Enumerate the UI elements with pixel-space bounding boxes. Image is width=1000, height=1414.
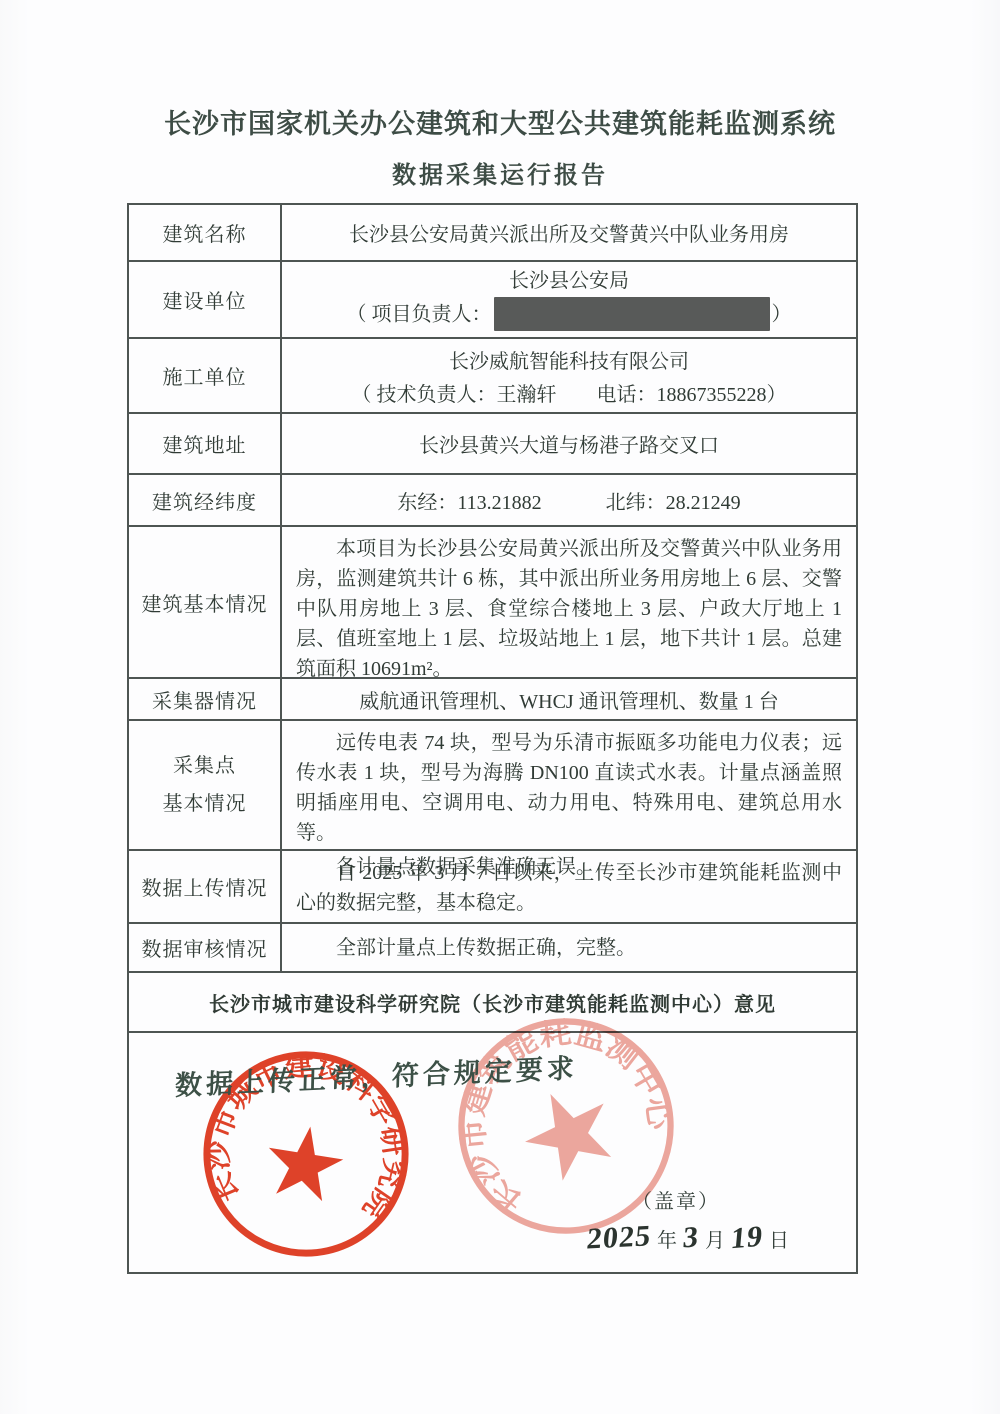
row-label-points: 采集点 基本情况	[129, 721, 282, 849]
report-table: 建筑名称 长沙县公安局黄兴派出所及交警黄兴中队业务用房 建设单位 长沙县公安局 …	[127, 203, 858, 1274]
contractor-org-value: 长沙威航智能科技有限公司	[296, 345, 842, 374]
row-label-address: 建筑地址	[129, 414, 282, 473]
building-overview-paragraph: 本项目为长沙县公安局黄兴派出所及交警黄兴中队业务用房，监测建筑共计 6 栋，其中…	[296, 534, 842, 684]
table-row-review: 数据审核情况 全部计量点上传数据正确，完整。	[129, 924, 856, 973]
date-month-handwritten: 3	[681, 1221, 700, 1256]
date-day-unit: 日	[769, 1224, 789, 1253]
collector-value: 威航通讯管理机、WHCJ 通讯管理机、数量 1 台	[296, 685, 842, 714]
row-label-review: 数据审核情况	[129, 924, 282, 971]
table-row-building-overview: 建筑基本情况 本项目为长沙县公安局黄兴派出所及交警黄兴中队业务用房，监测建筑共计…	[129, 527, 856, 679]
signature-date: 2025 年 3 月 19 日	[587, 1221, 795, 1255]
table-row-coordinates: 建筑经纬度 东经：113.21882 北纬：28.21249	[129, 475, 856, 527]
coordinates-line: 东经：113.21882 北纬：28.21249	[296, 486, 842, 515]
latitude-value: 北纬：28.21249	[606, 486, 741, 515]
upload-paragraph: 自 2025 年 3 月 7 日以来，上传至长沙市建筑能耗监测中心的数据完整，基…	[296, 858, 842, 918]
row-label-contractor: 施工单位	[129, 339, 282, 412]
longitude-value: 东经：113.21882	[397, 486, 541, 515]
page-title: 长沙市国家机关办公建筑和大型公共建筑能耗监测系统	[0, 102, 1000, 141]
row-label-collector: 采集器情况	[129, 679, 282, 719]
row-label-coordinates: 建筑经纬度	[129, 475, 282, 525]
opinion-header-row: 长沙市城市建设科学研究院（长沙市建筑能耗监测中心）意见	[129, 973, 856, 1033]
points-label-line1: 采集点	[173, 751, 236, 781]
seal-star-icon	[262, 1121, 348, 1204]
table-row-contractor: 施工单位 长沙威航智能科技有限公司 （ 技术负责人：王瀚轩 电话：1886735…	[129, 339, 856, 414]
table-row-address: 建筑地址 长沙县黄兴大道与杨港子路交叉口	[129, 414, 856, 475]
date-year-handwritten: 2025	[585, 1219, 652, 1256]
table-row-owner: 建设单位 长沙县公安局 （ 项目负责人：）	[129, 262, 856, 339]
seal-star-icon	[511, 1075, 626, 1188]
table-row-points: 采集点 基本情况 远传电表 74 块，型号为乐清市振瓯多功能电力仪表；远传水表 …	[129, 721, 856, 851]
date-day-handwritten: 19	[729, 1220, 764, 1257]
handwritten-approval-note: 数据上传正常，符合规定要求	[175, 1046, 579, 1103]
table-row-upload: 数据上传情况 自 2025 年 3 月 7 日以来，上传至长沙市建筑能耗监测中心…	[129, 851, 856, 924]
redacted-name-bar	[494, 297, 770, 331]
page-subtitle: 数据采集运行报告	[0, 155, 1000, 190]
owner-org-value: 长沙县公安局	[296, 264, 842, 293]
owner-contact-line: （ 项目负责人：）	[296, 297, 842, 335]
date-month-unit: 月	[705, 1224, 725, 1253]
row-label-owner: 建设单位	[129, 262, 282, 337]
row-label-building-name: 建筑名称	[129, 205, 282, 260]
building-name-value: 长沙县公安局黄兴派出所及交警黄兴中队业务用房	[296, 218, 842, 247]
owner-contact-prefix: （ 项目负责人：	[347, 304, 492, 326]
contractor-contact-line: （ 技术负责人：王瀚轩 电话：18867355228）	[296, 378, 842, 407]
owner-contact-suffix: ）	[772, 304, 792, 326]
row-label-upload: 数据上传情况	[129, 851, 282, 922]
points-paragraph-1: 远传电表 74 块，型号为乐清市振瓯多功能电力仪表；远传水表 1 块，型号为海腾…	[296, 728, 842, 848]
scanned-report-page: 长沙市国家机关办公建筑和大型公共建筑能耗监测系统 数据采集运行报告 建筑名称 长…	[0, 0, 1000, 1414]
points-label-line2: 基本情况	[163, 789, 247, 819]
table-row-collector: 采集器情况 威航通讯管理机、WHCJ 通讯管理机、数量 1 台	[129, 679, 856, 721]
date-year-unit: 年	[657, 1224, 677, 1253]
review-paragraph: 全部计量点上传数据正确，完整。	[296, 933, 842, 963]
row-label-building-overview: 建筑基本情况	[129, 527, 282, 677]
table-row-building-name: 建筑名称 长沙县公安局黄兴派出所及交警黄兴中队业务用房	[129, 205, 856, 262]
opinion-stamps-cell: 数据上传正常，符合规定要求 长沙市城市建设科学研究院 长沙市建筑能耗监测中心 （…	[129, 1033, 856, 1272]
stamp-here-hint: （盖章）	[632, 1185, 720, 1214]
address-value: 长沙县黄兴大道与杨港子路交叉口	[296, 429, 842, 458]
